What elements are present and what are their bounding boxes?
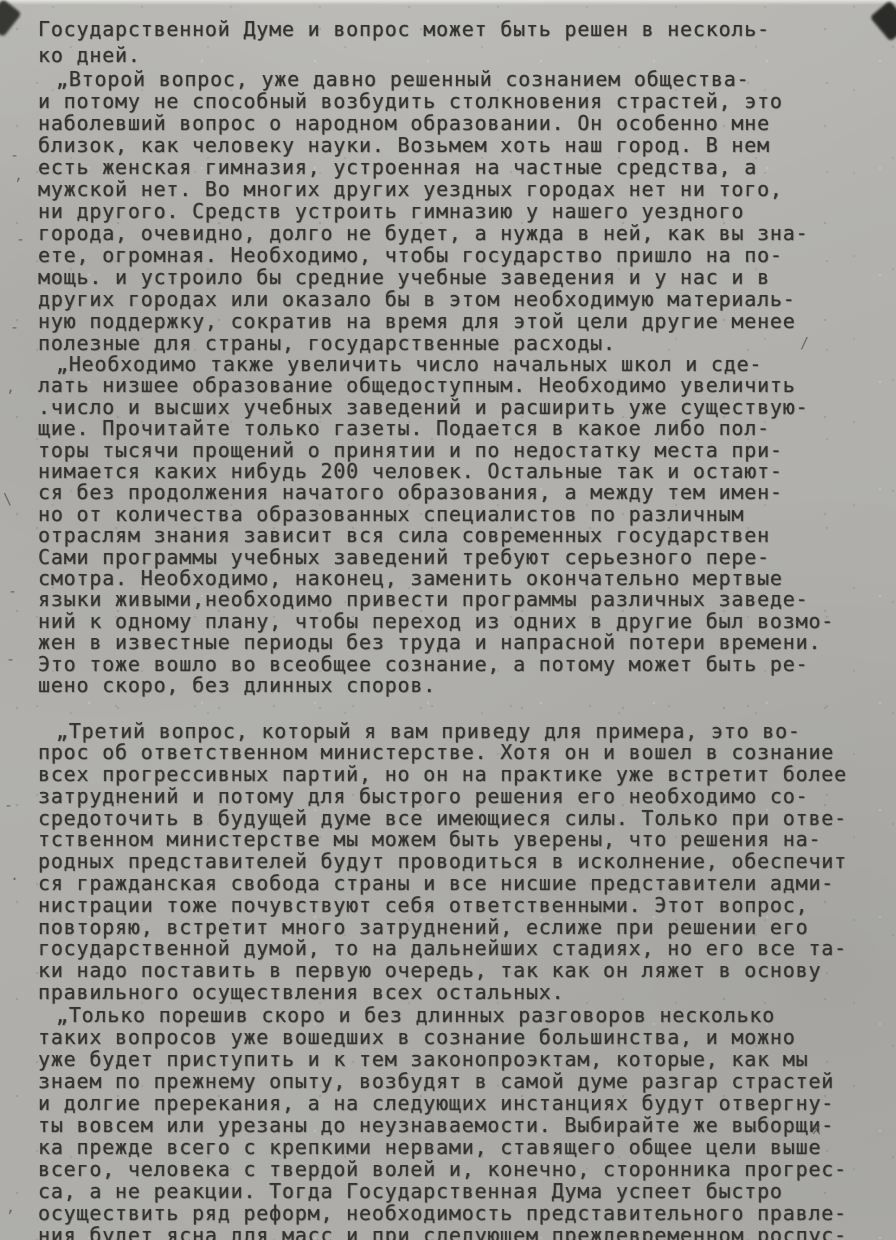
text-line: ся без продолжения начатого образования,… xyxy=(38,482,872,503)
paragraph: „Только порешив скоро и без длинных разг… xyxy=(38,1004,872,1240)
text-line: са, а не реакции. Тогда Государственная … xyxy=(38,1180,872,1202)
text-line: всего, человека с твердой волей и, конеч… xyxy=(38,1158,872,1180)
text-line: отраслям знания зависит вся сила совреме… xyxy=(38,525,872,546)
text-line: полезные для страны, государственные рас… xyxy=(38,332,872,354)
text-line: ете, огромная. Необходимо, чтобы государ… xyxy=(38,244,872,266)
text-line: есть женская гимназия, устроенная на час… xyxy=(38,156,872,178)
text-line: наболевший вопрос о народном образовании… xyxy=(38,112,872,134)
text-line: нистрации тоже почувствуют себя ответств… xyxy=(38,895,872,917)
text-line: но от количества образованных специалист… xyxy=(38,504,872,525)
text-line: осуществить ряд реформ, необходимость пр… xyxy=(38,1202,872,1224)
text-line: „Второй вопрос, уже давно решенный созна… xyxy=(38,68,872,90)
text-line: мужской нет. Во многих других уездных го… xyxy=(38,178,872,200)
text-line: Это тоже вошло во всеобщее сознание, а п… xyxy=(38,654,872,675)
text-line: ную поддержку, сократив на время для это… xyxy=(38,310,872,332)
text-line: тственном министерстве мы можем быть уве… xyxy=(38,829,872,851)
text-line: Государственной Думе и вопрос может быть… xyxy=(38,16,872,42)
text-line: лать низшее образование общедоступным. Н… xyxy=(38,375,872,396)
text-line: жен в известные периоды без труда и напр… xyxy=(38,632,872,653)
text-line: торы тысячи прощений о принятии и по нед… xyxy=(38,440,872,461)
paragraph: „Второй вопрос, уже давно решенный созна… xyxy=(38,68,872,354)
text-line: ний к одному плану, чтобы переход из одн… xyxy=(38,611,872,632)
text-line: ся гражданская свобода страны и все нисш… xyxy=(38,873,872,895)
text-line: и потому не способный возбудить столкнов… xyxy=(38,90,872,112)
text-block: Государственной Думе и вопрос может быть… xyxy=(38,16,872,1240)
text-line: и долгие пререкания, а на следующих инст… xyxy=(38,1092,872,1114)
scan-top-edge xyxy=(0,0,896,5)
text-line: нимается каких нибудь 200 человек. Остал… xyxy=(38,461,872,482)
text-line: других городах или оказало бы в этом нео… xyxy=(38,288,872,310)
text-line: ка прежде всего с крепкими нервами, став… xyxy=(38,1136,872,1158)
text-line: всех прогрессивных партий, но он на прак… xyxy=(38,764,872,786)
text-line: ки надо поставить в первую очередь, так … xyxy=(38,960,872,982)
text-line: Сами программы учебных заведений требуют… xyxy=(38,547,872,568)
scanned-page: { "page": { "kind": "scanned typewritten… xyxy=(0,0,896,1240)
text-line: языки живыми,необходимо привести програм… xyxy=(38,589,872,610)
text-line: ко дней. xyxy=(38,42,872,68)
paragraph: Государственной Думе и вопрос может быть… xyxy=(38,16,872,68)
text-line: повторяю, встретит много затруднений, ес… xyxy=(38,917,872,939)
text-line: знаем по прежнему опыту, возбудят в само… xyxy=(38,1070,872,1092)
text-line: прос об ответственном министерстве. Хотя… xyxy=(38,742,872,764)
text-line: города, очевидно, долго не будет, а нужд… xyxy=(38,222,872,244)
text-line: родных представителей будут проводиться … xyxy=(38,851,872,873)
text-line: таких вопросов уже вошедших в сознание б… xyxy=(38,1026,872,1048)
paragraph: „Третий вопрос, который я вам приведу дл… xyxy=(38,721,872,1004)
paragraph: „Необходимо также увеличить число началь… xyxy=(38,354,872,697)
text-line: ни другого. Средств устроить гимназию у … xyxy=(38,200,872,222)
text-line: .число и высших учебных заведений и расш… xyxy=(38,397,872,418)
text-line: ты вовсем или урезаны до неузнаваемости.… xyxy=(38,1114,872,1136)
text-line: государственной думой, то на дальнейших … xyxy=(38,938,872,960)
text-line: средоточить в будущей думе все имеющиеся… xyxy=(38,808,872,830)
text-line: близок, как человеку науки. Возьмем хоть… xyxy=(38,134,872,156)
text-line: щие. Прочитайте только газеты. Подается … xyxy=(38,418,872,439)
text-line: „Необходимо также увеличить число началь… xyxy=(38,354,872,375)
text-line: шено скоро, без длинных споров. xyxy=(38,675,872,696)
text-line: смотра. Необходимо, наконец, заменить ок… xyxy=(38,568,872,589)
text-line: затруднений и потому для быстрого решени… xyxy=(38,786,872,808)
text-line: „Только порешив скоро и без длинных разг… xyxy=(38,1004,872,1026)
text-line: „Третий вопрос, который я вам приведу дл… xyxy=(38,721,872,743)
text-line: ния будет ясна для масс и при следующем … xyxy=(38,1224,872,1240)
text-line: правильного осуществления всех остальных… xyxy=(38,982,872,1004)
text-line: мощь. и устроило бы средние учебные заве… xyxy=(38,266,872,288)
text-line: уже будет приступить и к тем законопроэк… xyxy=(38,1048,872,1070)
